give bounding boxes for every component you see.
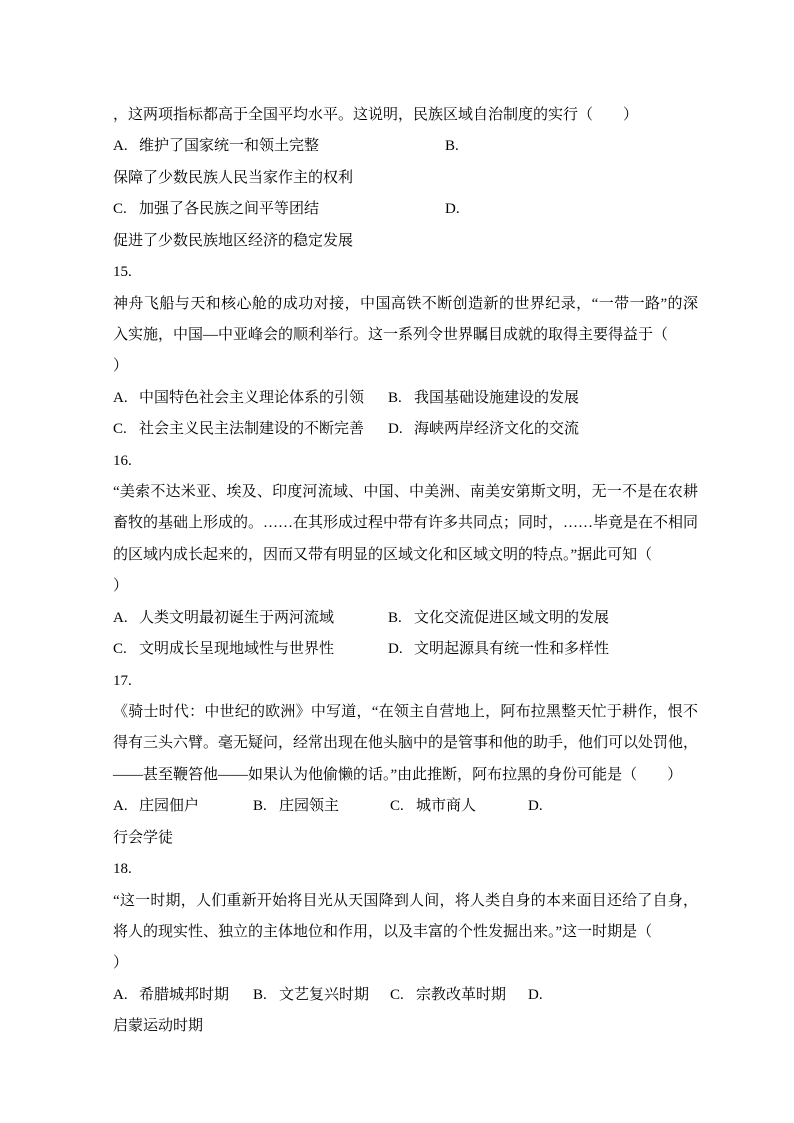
option-d: D.文明起源具有统一性和多样性 (388, 634, 609, 665)
option-b-wrapped-text: 保障了少数民族人民当家作主的权利 (113, 163, 698, 194)
option-d: D. (528, 980, 554, 1011)
option-c-text: 加强了各民族之间平等团结 (139, 201, 319, 217)
stem-line: “美索不达米亚、埃及、印度河流域、中国、中美洲、南美安第斯文明，无一不是在农耕 (113, 477, 698, 508)
option-row-cd: C.加强了各民族之间平等团结 D. (113, 194, 698, 225)
option-d: D. (445, 194, 471, 225)
option-c: C.城市商人 (390, 791, 476, 822)
option-a-label: A. (113, 603, 139, 634)
option-d: D. (528, 791, 554, 822)
stem-line: ，这两项指标都高于全国平均水平。这说明，民族区域自治制度的实行（ ） (113, 100, 698, 131)
option-c: C.宗教改革时期 (390, 980, 506, 1011)
option-c-text: 社会主义民主法制建设的不断完善 (139, 421, 364, 437)
stem-line: ——甚至鞭笞他——如果认为他偷懒的话。”由此推断，阿布拉黑的身份可能是（ ） (113, 760, 698, 791)
option-a: A.人类文明最初诞生于两河流域 (113, 603, 334, 634)
option-a-text: 人类文明最初诞生于两河流域 (139, 610, 334, 626)
exam-page: ，这两项指标都高于全国平均水平。这说明，民族区域自治制度的实行（ ） A.维护了… (0, 0, 794, 1123)
option-c-label: C. (113, 414, 139, 445)
option-c: C.文明成长呈现地域性与世界性 (113, 634, 334, 665)
stem-line: ） (113, 948, 698, 979)
option-row-ab: A.人类文明最初诞生于两河流域 B.文化交流促进区域文明的发展 (113, 603, 698, 634)
option-c-text: 宗教改革时期 (416, 987, 506, 1003)
option-b-text: 我国基础设施建设的发展 (414, 390, 579, 406)
option-d-wrapped-text: 启蒙运动时期 (113, 1011, 698, 1042)
option-row-abcd: A.庄园佃户 B.庄园领主 C.城市商人 D. (113, 791, 698, 822)
option-d-label: D. (445, 194, 471, 225)
option-a: A.希腊城邦时期 (113, 980, 229, 1011)
option-c: C.加强了各民族之间平等团结 (113, 194, 319, 225)
option-b: B.庄园领主 (253, 791, 339, 822)
question-number: 15. (113, 257, 698, 288)
option-a-text: 维护了国家统一和领土完整 (139, 138, 319, 154)
option-d-wrapped-text: 行会学徒 (113, 823, 698, 854)
question-15: 15. 神舟飞船与天和核心舱的成功对接，中国高铁不断创造新的世界纪录，“一带一路… (113, 257, 698, 446)
option-d-text: 海峡两岸经济文化的交流 (414, 421, 579, 437)
question-number: 16. (113, 446, 698, 477)
option-b: B.文化交流促进区域文明的发展 (388, 603, 609, 634)
option-row-cd: C.社会主义民主法制建设的不断完善 D.海峡两岸经济文化的交流 (113, 414, 698, 445)
option-b-label: B. (388, 383, 414, 414)
question-18: 18. “这一时期，人们重新开始将目光从天国降到人间，将人类自身的本来面目还给了… (113, 854, 698, 1043)
option-b-text: 庄园领主 (279, 798, 339, 814)
option-d-label: D. (528, 791, 554, 822)
option-b: B.我国基础设施建设的发展 (388, 383, 579, 414)
question-17: 17. 《骑士时代：中世纪的欧洲》中写道，“在领主自营地上，阿布拉黑整天忙于耕作… (113, 666, 698, 855)
option-row-cd: C.文明成长呈现地域性与世界性 D.文明起源具有统一性和多样性 (113, 634, 698, 665)
stem-line: 的区域内成长起来的，因而又带有明显的区域文化和区域文明的特点。”据此可知（ (113, 540, 698, 571)
option-a-label: A. (113, 131, 139, 162)
stem-line: ） (113, 351, 698, 382)
option-d-wrapped-text: 促进了少数民族地区经济的稳定发展 (113, 226, 698, 257)
option-b-label: B. (445, 131, 471, 162)
stem-line: 将人的现实性、独立的主体地位和作用，以及丰富的个性发掘出来。”这一时期是（ (113, 917, 698, 948)
option-c: C.社会主义民主法制建设的不断完善 (113, 414, 364, 445)
option-a-text: 中国特色社会主义理论体系的引领 (139, 390, 364, 406)
stem-line: 入实施，中国—中亚峰会的顺利举行。这一系列令世界瞩目成就的取得主要得益于（ (113, 320, 698, 351)
question-14-continuation: ，这两项指标都高于全国平均水平。这说明，民族区域自治制度的实行（ ） A.维护了… (113, 100, 698, 257)
option-d-label: D. (388, 634, 414, 665)
option-a: A.庄园佃户 (113, 791, 199, 822)
question-number: 18. (113, 854, 698, 885)
option-row-ab: A.中国特色社会主义理论体系的引领 B.我国基础设施建设的发展 (113, 383, 698, 414)
stem-line: “这一时期，人们重新开始将目光从天国降到人间，将人类自身的本来面目还给了自身， (113, 886, 698, 917)
stem-line: 畜牧的基础上形成的。……在其形成过程中带有许多共同点；同时，……毕竟是在不相同 (113, 508, 698, 539)
option-c-label: C. (113, 634, 139, 665)
option-b: B.文艺复兴时期 (253, 980, 369, 1011)
option-c-label: C. (390, 980, 416, 1011)
option-a-label: A. (113, 980, 139, 1011)
option-c-label: C. (390, 791, 416, 822)
option-d-label: D. (528, 980, 554, 1011)
option-b-text: 文化交流促进区域文明的发展 (414, 610, 609, 626)
option-d: D.海峡两岸经济文化的交流 (388, 414, 579, 445)
exam-text-body: ，这两项指标都高于全国平均水平。这说明，民族区域自治制度的实行（ ） A.维护了… (113, 100, 698, 1043)
option-b-label: B. (388, 603, 414, 634)
option-a-text: 庄园佃户 (139, 798, 199, 814)
option-b-label: B. (253, 980, 279, 1011)
option-c-label: C. (113, 194, 139, 225)
option-row-abcd: A.希腊城邦时期 B.文艺复兴时期 C.宗教改革时期 D. (113, 980, 698, 1011)
stem-line: 神舟飞船与天和核心舱的成功对接，中国高铁不断创造新的世界纪录，“一带一路”的深 (113, 289, 698, 320)
option-row-ab: A.维护了国家统一和领土完整 B. (113, 131, 698, 162)
option-a: A.中国特色社会主义理论体系的引领 (113, 383, 364, 414)
option-b: B. (445, 131, 471, 162)
stem-line: 得有三头六臂。毫无疑问，经常出现在他头脑中的是管事和他的助手，他们可以处罚他， (113, 728, 698, 759)
option-a-text: 希腊城邦时期 (139, 987, 229, 1003)
option-c-text: 城市商人 (416, 798, 476, 814)
option-a-label: A. (113, 791, 139, 822)
option-b-text: 文艺复兴时期 (279, 987, 369, 1003)
option-a: A.维护了国家统一和领土完整 (113, 131, 319, 162)
option-d-label: D. (388, 414, 414, 445)
stem-line: 《骑士时代：中世纪的欧洲》中写道，“在领主自营地上，阿布拉黑整天忙于耕作，恨不 (113, 697, 698, 728)
question-number: 17. (113, 666, 698, 697)
option-b-label: B. (253, 791, 279, 822)
option-c-text: 文明成长呈现地域性与世界性 (139, 641, 334, 657)
option-a-label: A. (113, 383, 139, 414)
question-16: 16. “美索不达米亚、埃及、印度河流域、中国、中美洲、南美安第斯文明，无一不是… (113, 446, 698, 666)
option-d-text: 文明起源具有统一性和多样性 (414, 641, 609, 657)
stem-line: ） (113, 571, 698, 602)
